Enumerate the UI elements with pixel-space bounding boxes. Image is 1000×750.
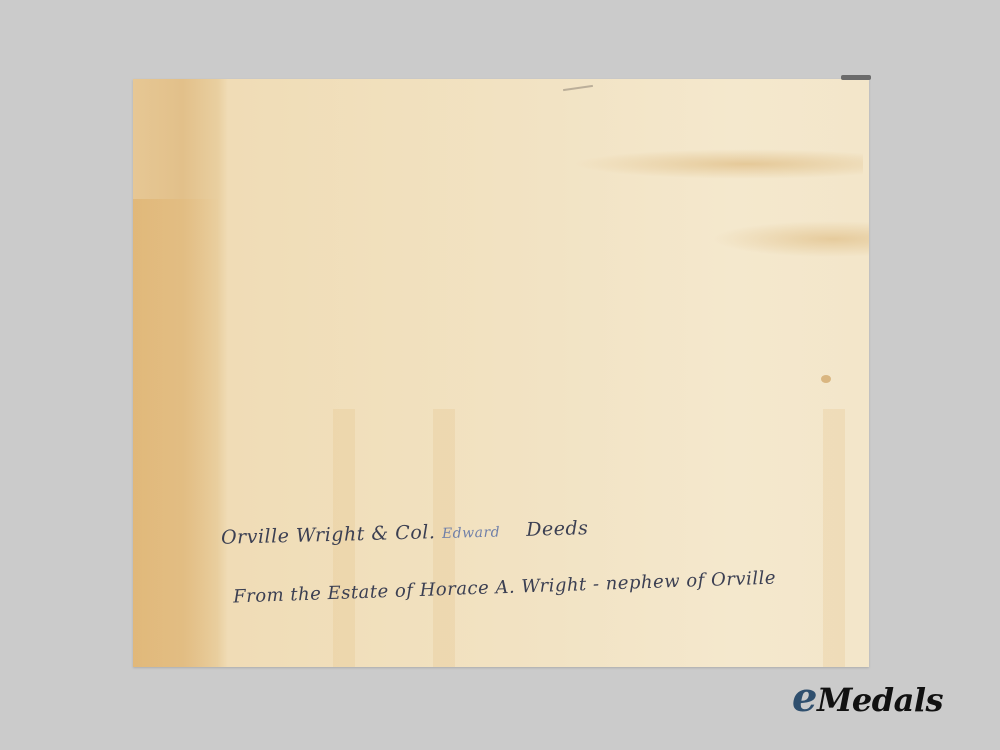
pencil-mark	[563, 85, 593, 91]
logo-name: Medals	[817, 681, 943, 719]
corner-shadow	[841, 75, 871, 80]
inscription-line-2: From the Estate of Horace A. Wright - ne…	[233, 568, 777, 608]
stain-streak	[823, 409, 845, 667]
inscription-names: Orville Wright & Col.	[221, 521, 436, 549]
inscription-deeds: Deeds	[526, 517, 589, 541]
logo-prefix: e	[792, 674, 817, 721]
inscription-line-1: Orville Wright & Col. Edward Deeds	[221, 517, 589, 549]
water-stain-top	[573, 149, 863, 179]
emedals-watermark-logo: eMedals	[792, 674, 943, 721]
inscription-edward: Edward	[442, 525, 501, 543]
water-stain-left	[133, 199, 218, 667]
paper-sheet: Orville Wright & Col. Edward Deeds From …	[133, 79, 869, 667]
foxing-spot	[821, 375, 831, 383]
